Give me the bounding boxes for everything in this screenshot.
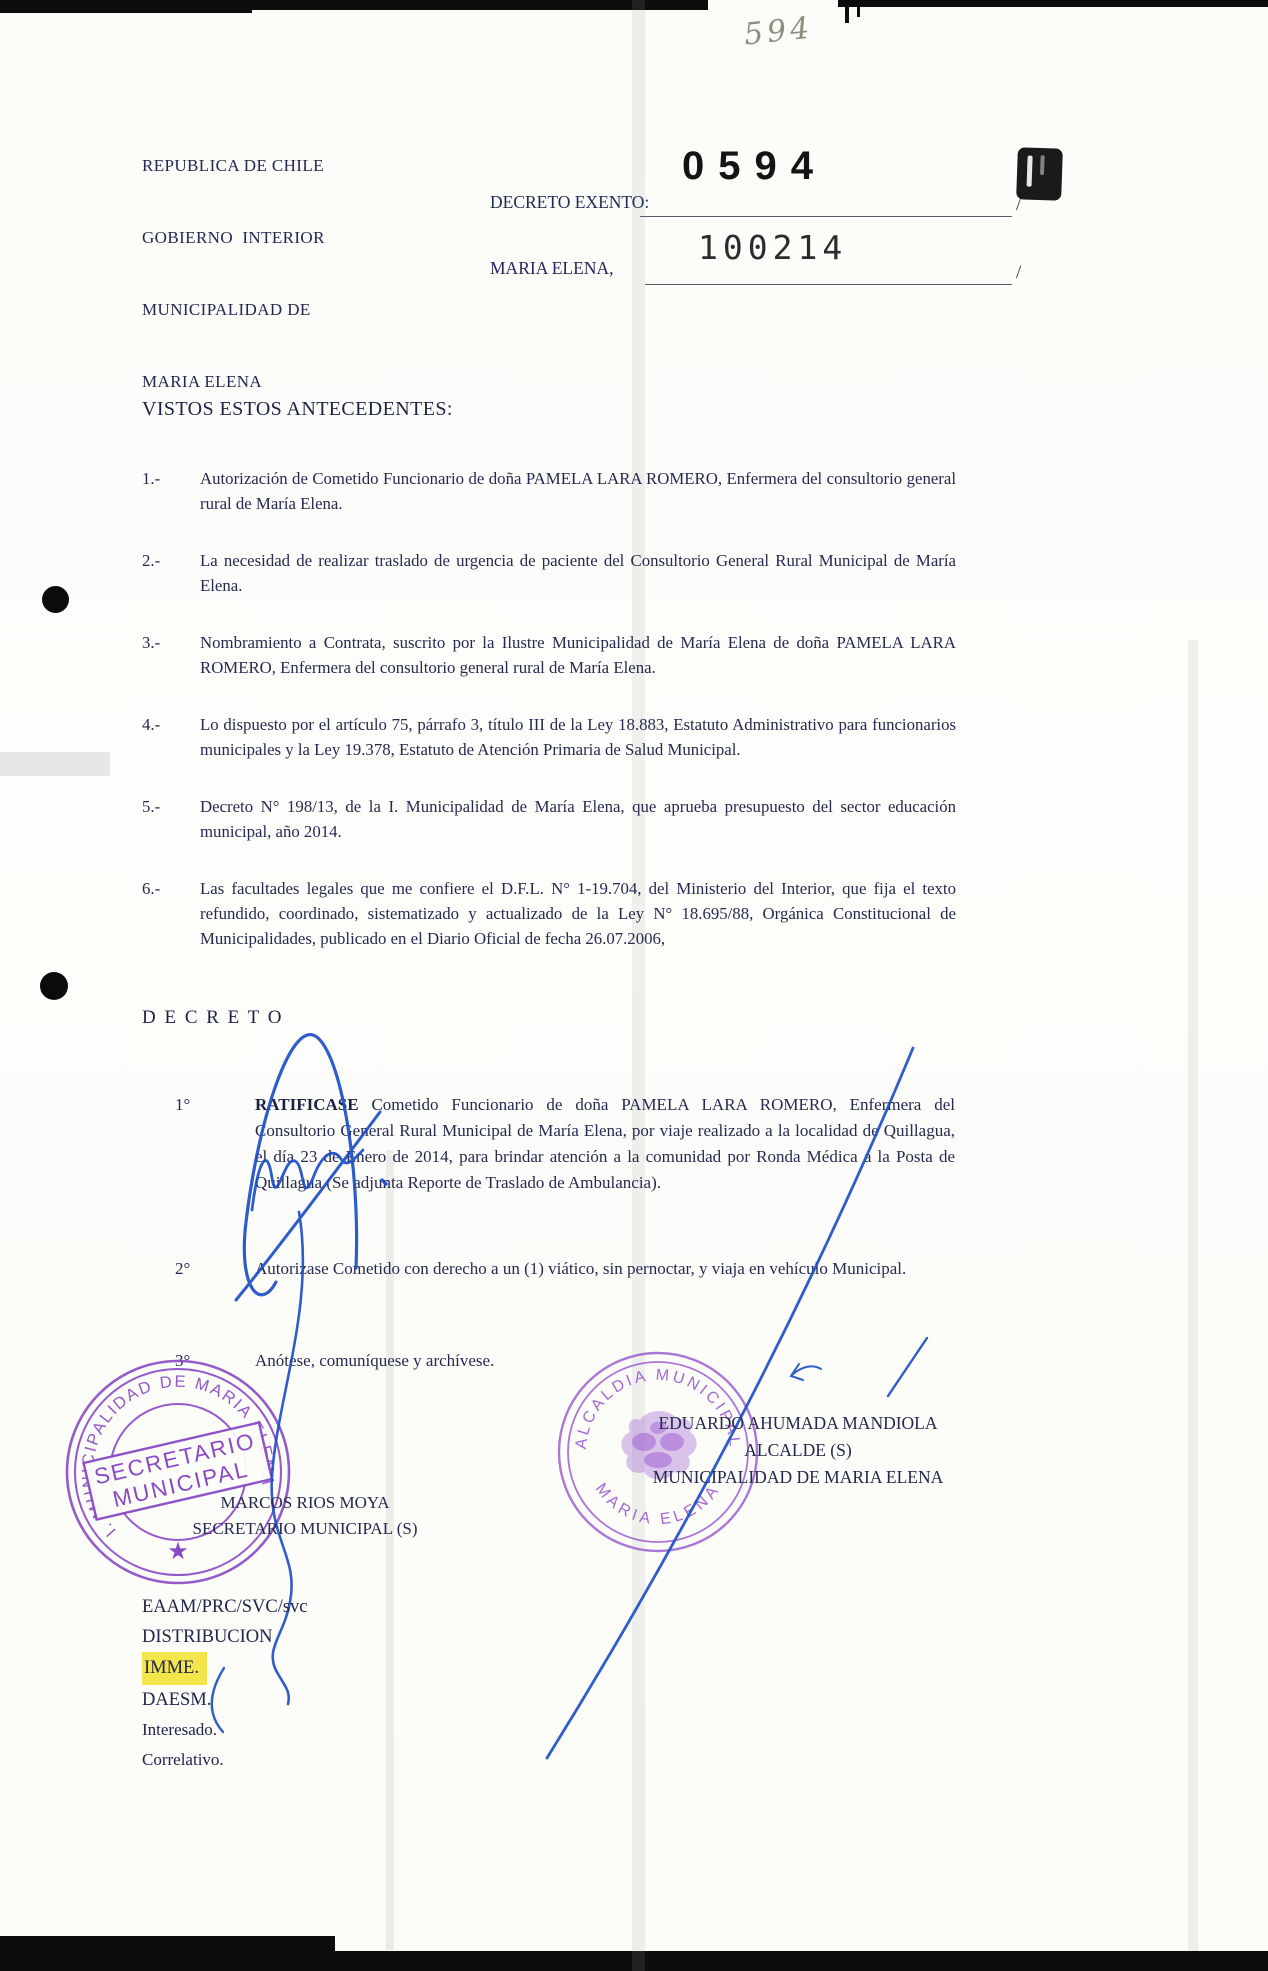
vistos-item: 2.- La necesidad de realizar traslado de… — [142, 548, 956, 598]
place-label: MARIA ELENA, — [490, 258, 613, 279]
vistos-item-text: Decreto N° 198/13, de la I. Municipalida… — [200, 794, 956, 844]
secretary-name-block: MARCOS RIOS MOYA SECRETARIO MUNICIPAL (S… — [140, 1490, 470, 1542]
decreto-lead-word: RATIFICASE — [255, 1095, 359, 1114]
vistos-item: 6.- Las facultades legales que me confie… — [142, 876, 956, 951]
responsibility-initials: EAAM/PRC/SVC/svc — [142, 1592, 308, 1622]
vistos-list: 1.- Autorización de Cometido Funcionario… — [142, 466, 956, 983]
vistos-item: 5.- Decreto N° 198/13, de la I. Municipa… — [142, 794, 956, 844]
secretary-seal-banner-line1: SECRETARIO — [92, 1428, 258, 1489]
vistos-item-number: 3.- — [142, 630, 200, 680]
document-page: 594 REPUBLICA DE CHILE GOBIERNO INTERIOR… — [0, 0, 1268, 1971]
vistos-item-number: 5.- — [142, 794, 200, 844]
vistos-item-number: 1.- — [142, 466, 200, 516]
mayor-name: EDUARDO AHUMADA MANDIOLA — [628, 1410, 968, 1437]
decreto-item-3: 3° Anótese, comuníquese y archívese. — [175, 1348, 955, 1374]
decreto-item-number: 3° — [175, 1348, 255, 1374]
scan-streak-right — [1188, 640, 1198, 1951]
vistos-item-text: Nombramiento a Contrata, suscrito por la… — [200, 630, 956, 680]
mayor-org: MUNICIPALIDAD DE MARIA ELENA — [628, 1464, 968, 1491]
decreto-title: D E C R E T O — [142, 1007, 283, 1029]
letterhead-line: MARIA ELENA — [142, 370, 325, 394]
hole-punch-top — [42, 586, 69, 613]
letterhead-line: GOBIERNO INTERIOR — [142, 226, 325, 250]
decree-number-stamp: 0594 — [682, 144, 827, 189]
secretary-name: MARCOS RIOS MOYA — [140, 1490, 470, 1516]
vistos-item-text: Autorización de Cometido Funcionario de … — [200, 466, 956, 516]
handwritten-page-number: 594 — [742, 10, 815, 52]
distribution-item-imme: IMME. — [142, 1652, 207, 1685]
letterhead-line: MUNICIPALIDAD DE — [142, 298, 325, 322]
secretary-title: SECRETARIO MUNICIPAL (S) — [140, 1516, 470, 1542]
distribution-item-interesado: Interesado. — [142, 1715, 308, 1745]
vistos-item: 1.- Autorización de Cometido Funcionario… — [142, 466, 956, 516]
scan-streak-center — [632, 0, 645, 1971]
vistos-title: VISTOS ESTOS ANTECEDENTES: — [142, 398, 453, 421]
mayor-name-block: EDUARDO AHUMADA MANDIOLA ALCALDE (S) MUN… — [628, 1410, 968, 1491]
vistos-item-text: La necesidad de realizar traslado de urg… — [200, 548, 956, 598]
vistos-item: 4.- Lo dispuesto por el artículo 75, pár… — [142, 712, 956, 762]
scan-smudge-left — [0, 752, 110, 776]
vistos-item-number: 4.- — [142, 712, 200, 762]
decreto-item-number: 1° — [175, 1092, 255, 1196]
letterhead: REPUBLICA DE CHILE GOBIERNO INTERIOR MUN… — [142, 106, 325, 442]
vistos-item-number: 2.- — [142, 548, 200, 598]
decreto-item-body: Cometido Funcionario de doña PAMELA LARA… — [255, 1095, 955, 1192]
decreto-item-1: 1° RATIFICASE Cometido Funcionario de do… — [175, 1092, 955, 1196]
vistos-item-text: Lo dispuesto por el artículo 75, párrafo… — [200, 712, 956, 762]
distribution-item-daesm: DAESM. — [142, 1685, 308, 1715]
decreto-item-text: Autorizase Cometido con derecho a un (1)… — [255, 1256, 955, 1282]
scan-edge-bottom-left — [0, 1936, 335, 1971]
letterhead-line: REPUBLICA DE CHILE — [142, 154, 325, 178]
decreto-item-text: RATIFICASE Cometido Funcionario de doña … — [255, 1092, 955, 1196]
distribution-block: EAAM/PRC/SVC/svc DISTRIBUCION IMME. DAES… — [142, 1592, 308, 1775]
vistos-item: 3.- Nombramiento a Contrata, suscrito po… — [142, 630, 956, 680]
scan-edge-top-right — [838, 0, 1268, 7]
mayor-title: ALCALDE (S) — [628, 1437, 968, 1464]
scan-edge-top-left — [0, 0, 252, 13]
decreto-item-2: 2° Autorizase Cometido con derecho a un … — [175, 1256, 955, 1282]
hole-punch-bottom — [40, 972, 68, 1000]
secretary-seal: I. MUNICIPALIDAD DE MARIA ELENA SECRETAR… — [58, 1352, 298, 1592]
date-slash-mark: / — [1016, 262, 1021, 284]
decreto-item-text: Anótese, comuníquese y archívese. — [255, 1348, 955, 1374]
decree-exento-label: DECRETO EXENTO: — [490, 192, 649, 213]
distribution-item-correlativo: Correlativo. — [142, 1745, 308, 1775]
inked-box-stamp — [1016, 147, 1063, 201]
vistos-item-number: 6.- — [142, 876, 200, 951]
scan-tick-1 — [845, 0, 849, 23]
date-underline — [645, 284, 1012, 285]
scan-tick-2 — [857, 0, 860, 17]
decree-number-underline — [640, 216, 1012, 217]
decreto-item-number: 2° — [175, 1256, 255, 1282]
vistos-item-text: Las facultades legales que me confiere e… — [200, 876, 956, 951]
distribution-title: DISTRIBUCION — [142, 1622, 308, 1652]
date-stamp: 100214 — [698, 228, 847, 267]
